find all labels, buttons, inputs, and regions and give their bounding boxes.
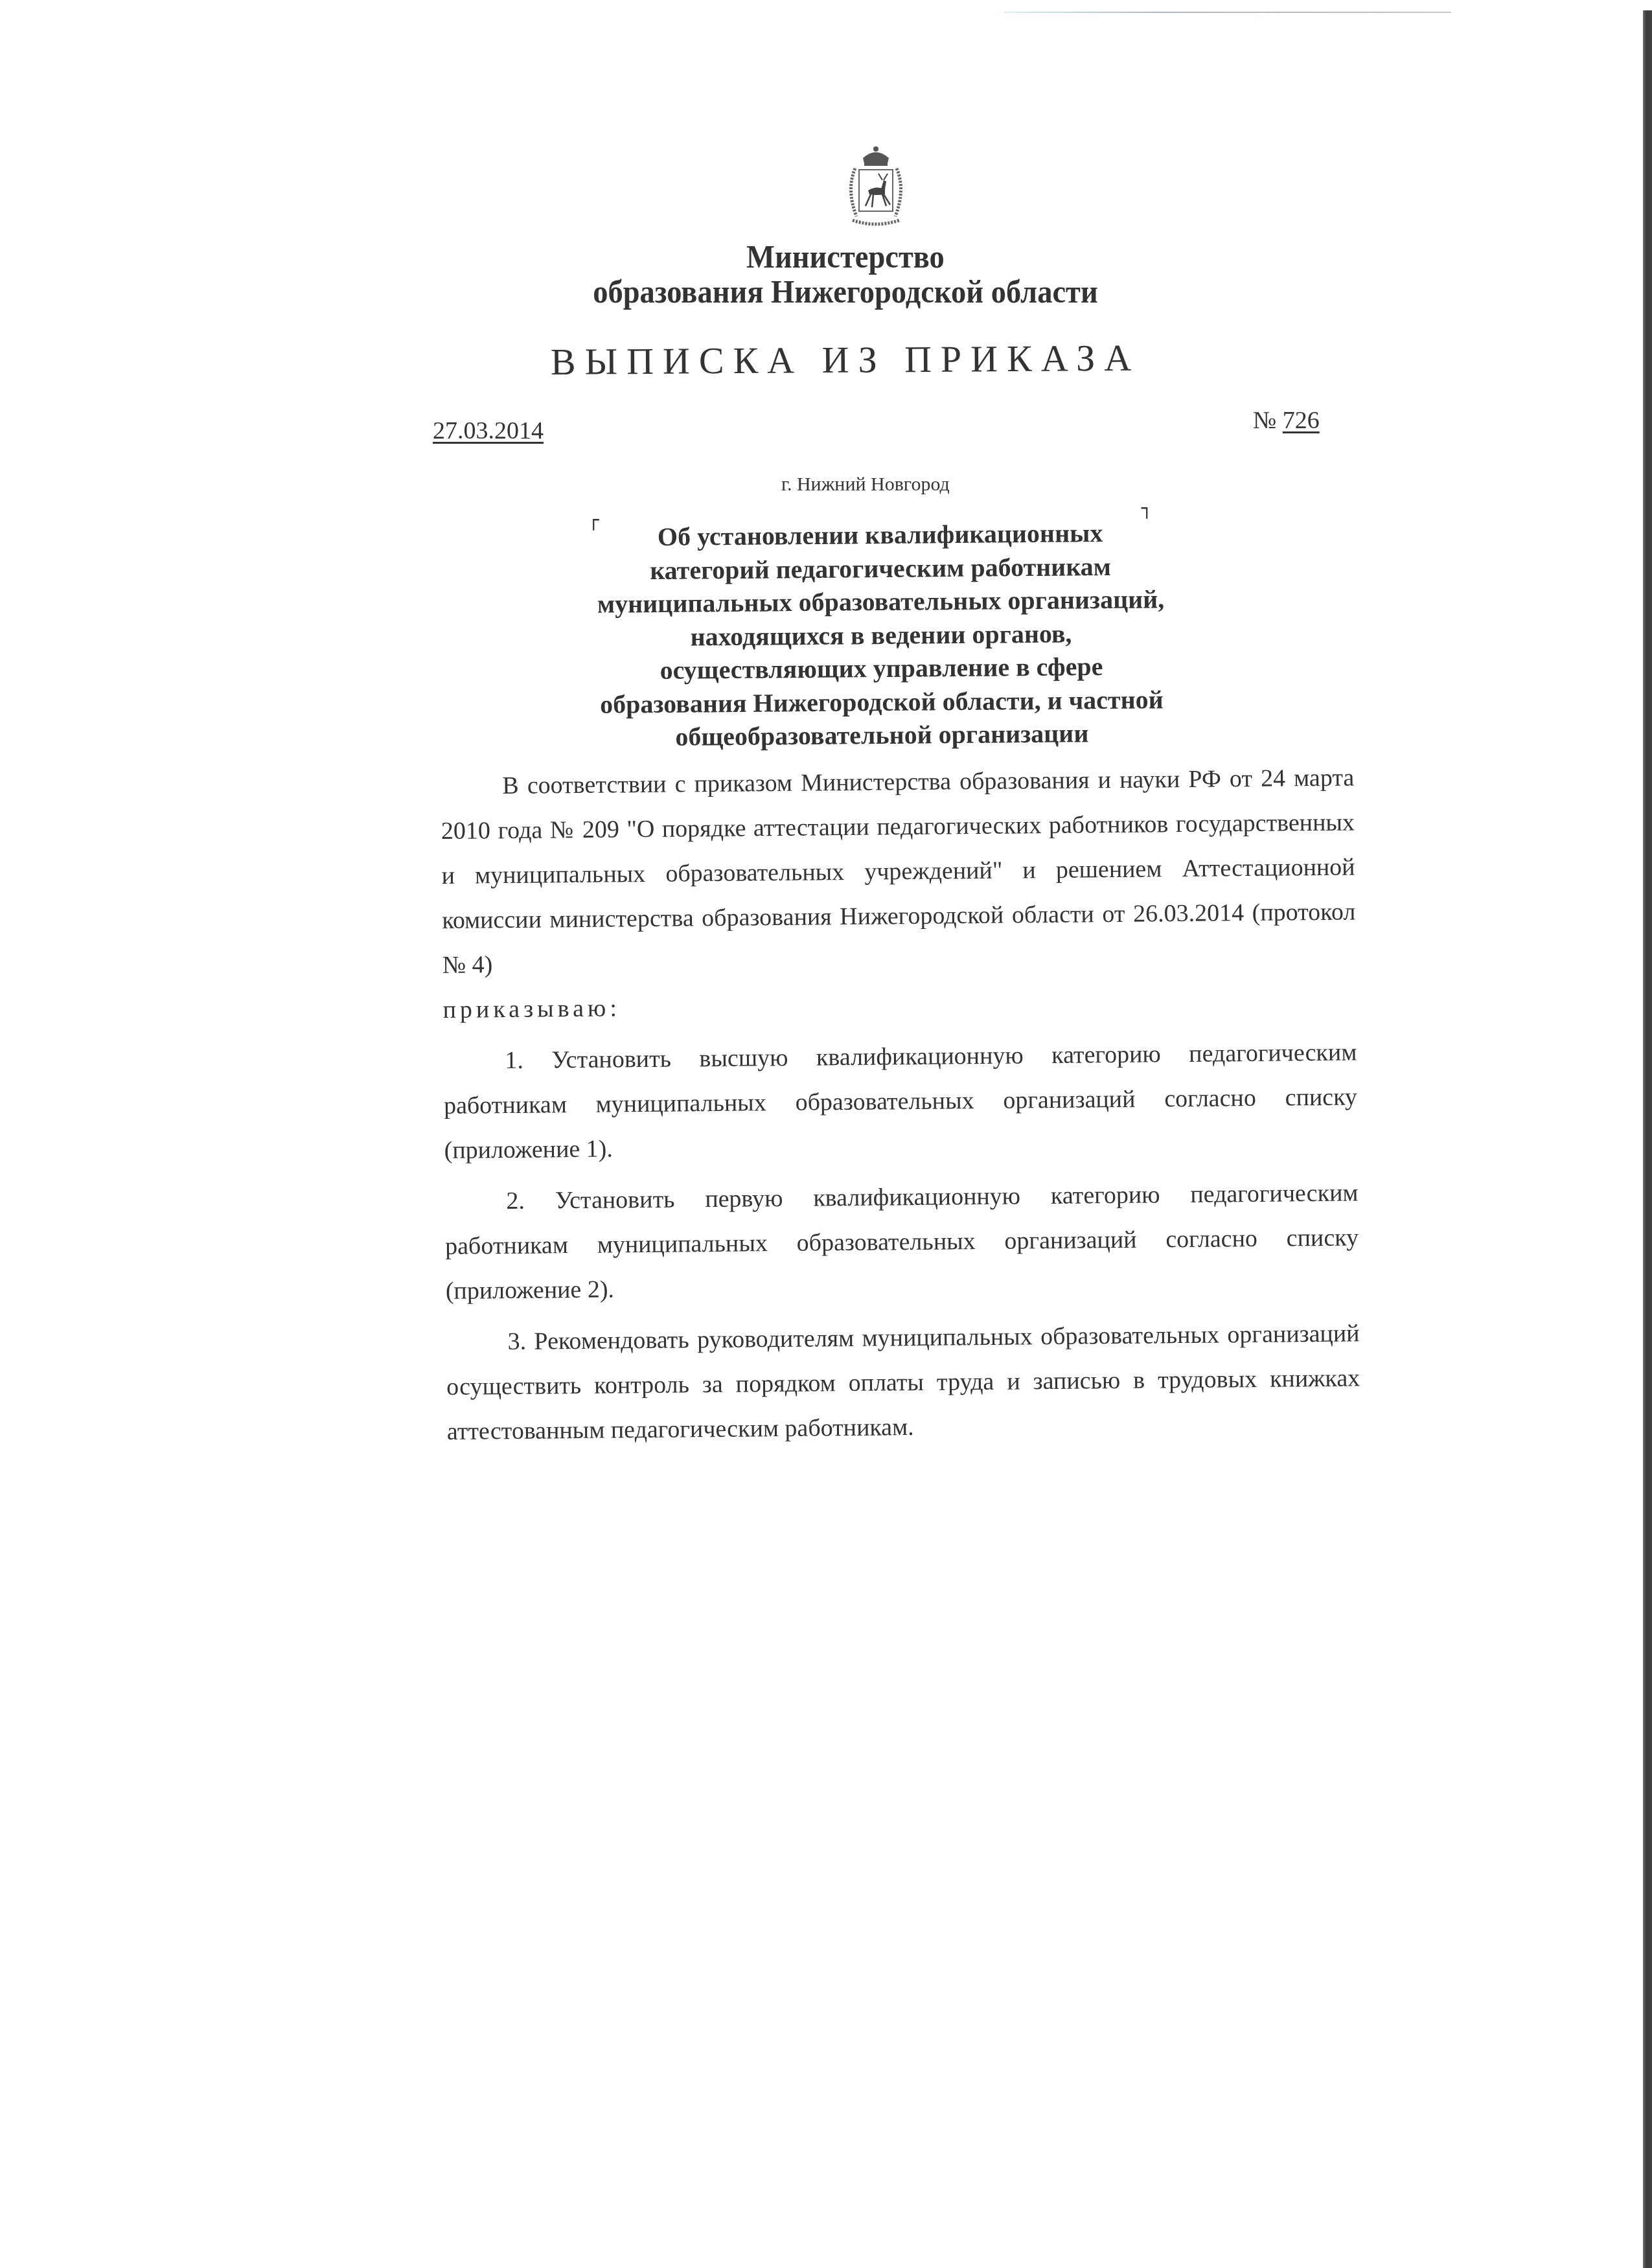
order-title: Об установлении квалификационных категор… <box>579 516 1183 755</box>
order-body: В соответствии с приказом Министерства о… <box>441 755 1360 1454</box>
ministry-name-line1: Министерство <box>77 238 1614 275</box>
order-item-1: 1. Установить высшую квалификационную ка… <box>443 1030 1358 1173</box>
title-line: осуществляющих управление в сфере <box>580 649 1182 688</box>
title-line: общеобразовательной организации <box>580 716 1183 755</box>
title-line: категорий педагогическим работникам <box>579 549 1182 588</box>
title-line: муниципальных образовательных организаци… <box>579 582 1182 621</box>
title-line: находящихся в ведении органов, <box>580 615 1182 654</box>
document-type-heading: ВЫПИСКА ИЗ ПРИКАЗА <box>0 332 1652 387</box>
order-item-2: 2. Установить первую квалификационную ка… <box>444 1171 1359 1314</box>
order-number-value: 726 <box>1283 407 1320 434</box>
order-number: № 726 <box>1253 406 1320 435</box>
scan-artifact-line <box>1004 12 1451 13</box>
order-word: приказываю: <box>442 979 1357 1033</box>
preamble-paragraph: В соответствии с приказом Министерства о… <box>441 755 1356 988</box>
title-line: образования Нижегородской области, и час… <box>580 682 1183 721</box>
city-line: г. Нижний Новгород <box>781 474 950 496</box>
title-line: Об установлении квалификационных <box>579 516 1181 555</box>
coat-of-arms-icon <box>831 144 921 235</box>
ministry-name-line2: образования Нижегородской области <box>77 273 1614 310</box>
number-sign: № <box>1253 407 1276 434</box>
order-item-3: 3. Рекомендовать руководителям муниципал… <box>446 1311 1360 1454</box>
order-date: 27.03.2014 <box>433 417 544 445</box>
